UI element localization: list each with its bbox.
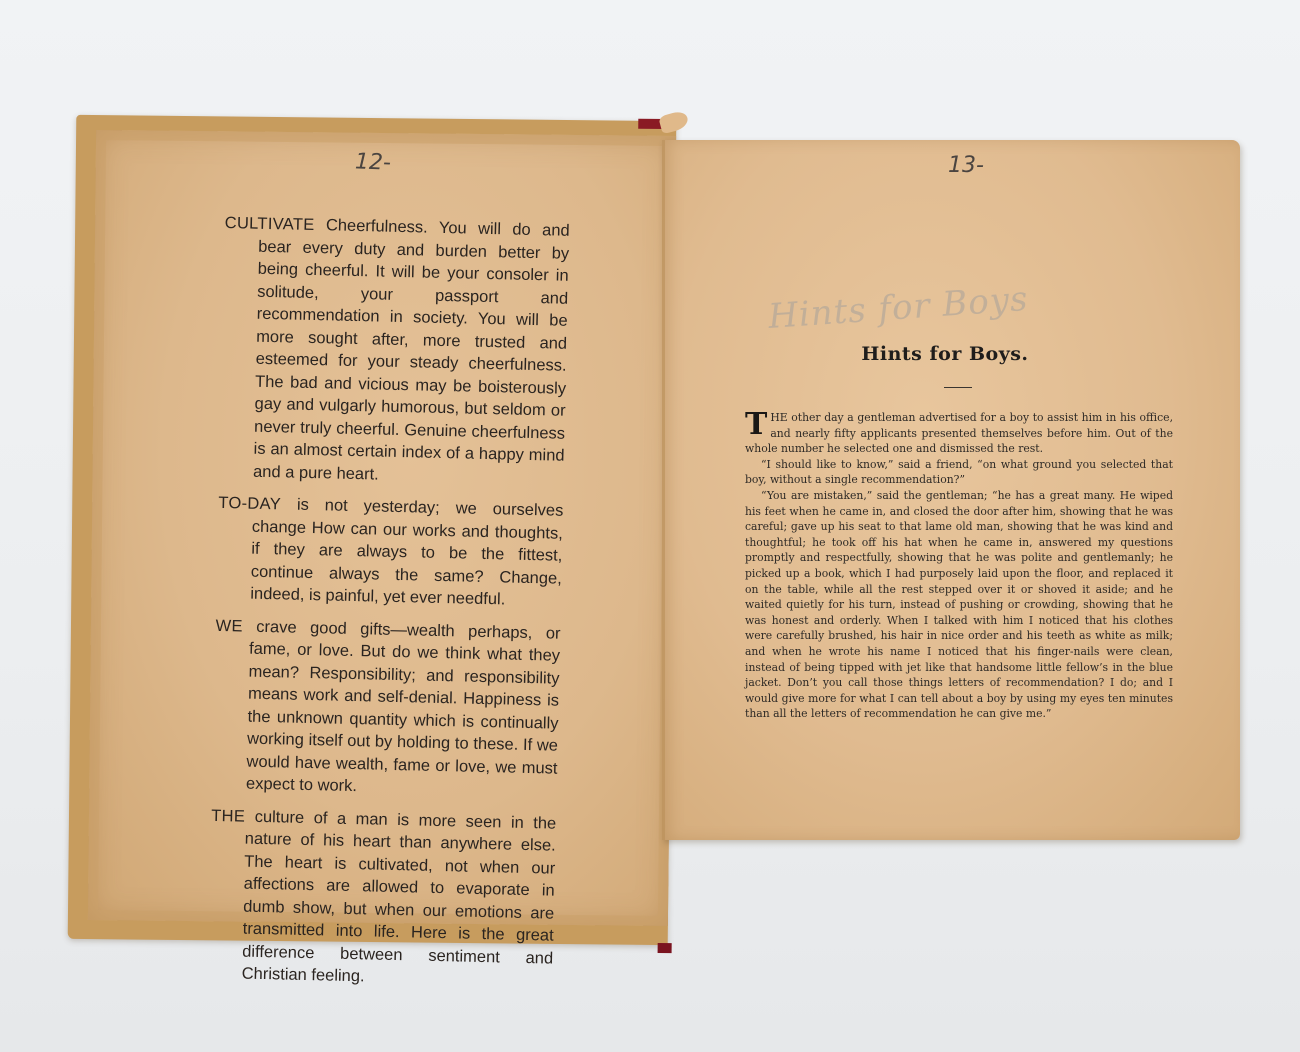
paragraph-the: THE culture of a man is more seen in the… <box>207 804 556 992</box>
paragraph-body: is not yesterday; we ourselves change Ho… <box>250 495 563 608</box>
paragraph-friend-question: “I should like to know,” said a friend, … <box>745 457 1173 488</box>
paragraph-we: WE crave good gifts—wealth perhaps, or f… <box>212 614 561 802</box>
torn-paper-fragment <box>658 110 690 135</box>
open-book: 12- 13- CULTIVATE Cheerfulness. You will… <box>0 0 1300 1052</box>
paragraph-body: Cheerfulness. You will do and bear every… <box>253 216 570 483</box>
paragraph-to-day: TO-DAY is not yesterday; we ourselves ch… <box>216 492 563 612</box>
paragraph-lead-word: THE <box>211 806 245 825</box>
chapter-title: Hints for Boys. <box>820 343 1070 365</box>
paragraph-body: HE other day a gentleman advertised for … <box>745 411 1173 455</box>
paragraph-gentleman-answer: “You are mistaken,” said the gentleman; … <box>745 488 1173 722</box>
page-gutter <box>662 140 665 840</box>
paragraph-lead-word: CULTIVATE <box>225 214 315 234</box>
left-page-number: 12- <box>355 149 392 175</box>
drop-cap: T <box>745 411 767 439</box>
left-page-text: CULTIVATE Cheerfulness. You will do and … <box>207 212 570 1002</box>
paragraph-cultivate: CULTIVATE Cheerfulness. You will do and … <box>219 212 570 490</box>
paragraph-lead-word: WE <box>215 616 243 635</box>
paragraph-body: crave good gifts—wealth perhaps, or fame… <box>243 617 561 795</box>
paragraph-body: culture of a man is more seen in the nat… <box>242 807 557 985</box>
paragraph-opening: THE other day a gentleman advertised for… <box>745 410 1173 457</box>
title-divider <box>944 387 972 388</box>
paragraph-lead-word: TO-DAY <box>218 494 281 513</box>
right-page-text: THE other day a gentleman advertised for… <box>745 410 1173 722</box>
right-page-number: 13- <box>948 153 984 178</box>
red-binding-corner <box>658 943 672 953</box>
